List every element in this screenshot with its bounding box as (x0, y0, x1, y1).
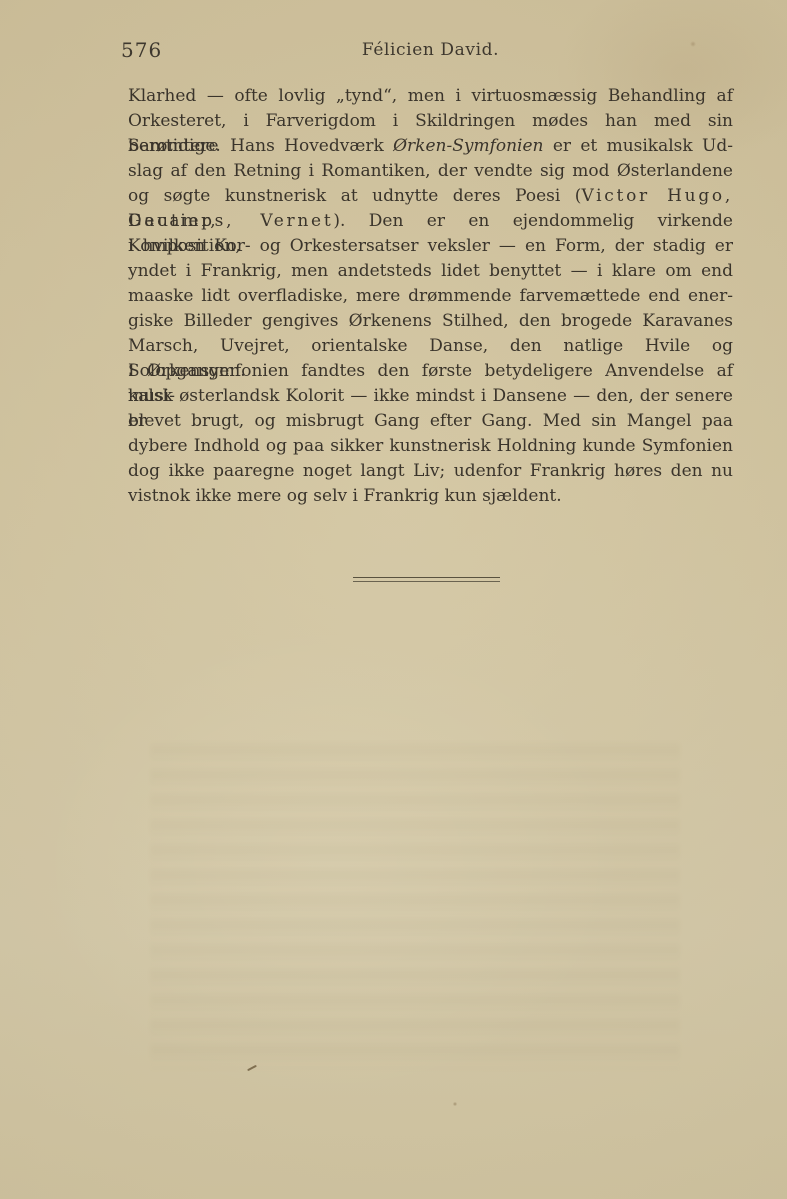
text-segment-italic: Ørken-Symfonien (393, 136, 543, 156)
text-segment: yndet i Frankrig, men andetsteds lidet b… (128, 261, 733, 281)
text-line: maaske lidt overfladiske, mere drømmende… (128, 284, 733, 309)
text-segment: Klarhed — ofte lovlig „tynd“, men i virt… (128, 86, 733, 106)
text-line: Samtidige. Hans Hovedværk Ørken-Symfonie… (128, 134, 733, 159)
text-segment: giske Billeder gengives Ørkenens Stilhed… (128, 311, 733, 331)
text-line: blevet brugt, og misbrugt Gang efter Gan… (128, 409, 733, 434)
text-line: I Ørkensymfonien fandtes den første bety… (128, 359, 733, 384)
book-page: 576 Félicien David. Klarhed — ofte lovli… (0, 0, 787, 1199)
paper-show-through (150, 740, 680, 1070)
text-line: og søgte kunstnerisk at udnytte deres Po… (128, 184, 733, 209)
text-segment: maaske lidt overfladiske, mere drømmende… (128, 286, 733, 306)
text-segment: dog ikke paaregne noget langt Liv; udenf… (128, 461, 733, 481)
text-segment: i hvilken Kor- og Orkestersatser veksler… (128, 236, 733, 256)
text-line: i hvilken Kor- og Orkestersatser veksler… (128, 234, 733, 259)
text-segment: Samtidige. Hans Hovedværk (128, 136, 393, 156)
text-line: dybere Indhold og paa sikker kunstnerisk… (128, 434, 733, 459)
text-line: Decamps, Vernet). Den er en ejendommelig… (128, 209, 733, 234)
text-line: Klarhed — ofte lovlig „tynd“, men i virt… (128, 84, 733, 109)
text-line: vistnok ikke mere og selv i Frankrig kun… (128, 484, 733, 509)
text-segment: blevet brugt, og misbrugt Gang efter Gan… (128, 411, 733, 431)
text-line: giske Billeder gengives Ørkenens Stilhed… (128, 309, 733, 334)
text-line: kalsk østerlandsk Kolorit — ikke mindst … (128, 384, 733, 409)
text-line: slag af den Retning i Romantiken, der ve… (128, 159, 733, 184)
text-line: Orkesteret, i Farverigdom i Skildringen … (128, 109, 733, 134)
text-segment: og søgte kunstnerisk at udnytte deres Po… (128, 186, 581, 206)
body-text: Klarhed — ofte lovlig „tynd“, men i virt… (128, 84, 733, 509)
text-line: dog ikke paaregne noget langt Liv; udenf… (128, 459, 733, 484)
running-header-title: Félicien David. (128, 40, 733, 60)
section-divider-rule (353, 577, 500, 582)
text-segment: slag af den Retning i Romantiken, der ve… (128, 161, 733, 181)
text-line: yndet i Frankrig, men andetsteds lidet b… (128, 259, 733, 284)
text-segment: dybere Indhold og paa sikker kunstnerisk… (128, 436, 733, 456)
text-segment: vistnok ikke mere og selv i Frankrig kun… (128, 486, 562, 506)
text-segment-spaced: Decamps, Vernet (128, 211, 333, 231)
ink-mark (247, 1065, 257, 1071)
text-line: Marsch, Uvejret, orientalske Danse, den … (128, 334, 733, 359)
text-segment: er et musikalsk Ud- (544, 136, 733, 156)
